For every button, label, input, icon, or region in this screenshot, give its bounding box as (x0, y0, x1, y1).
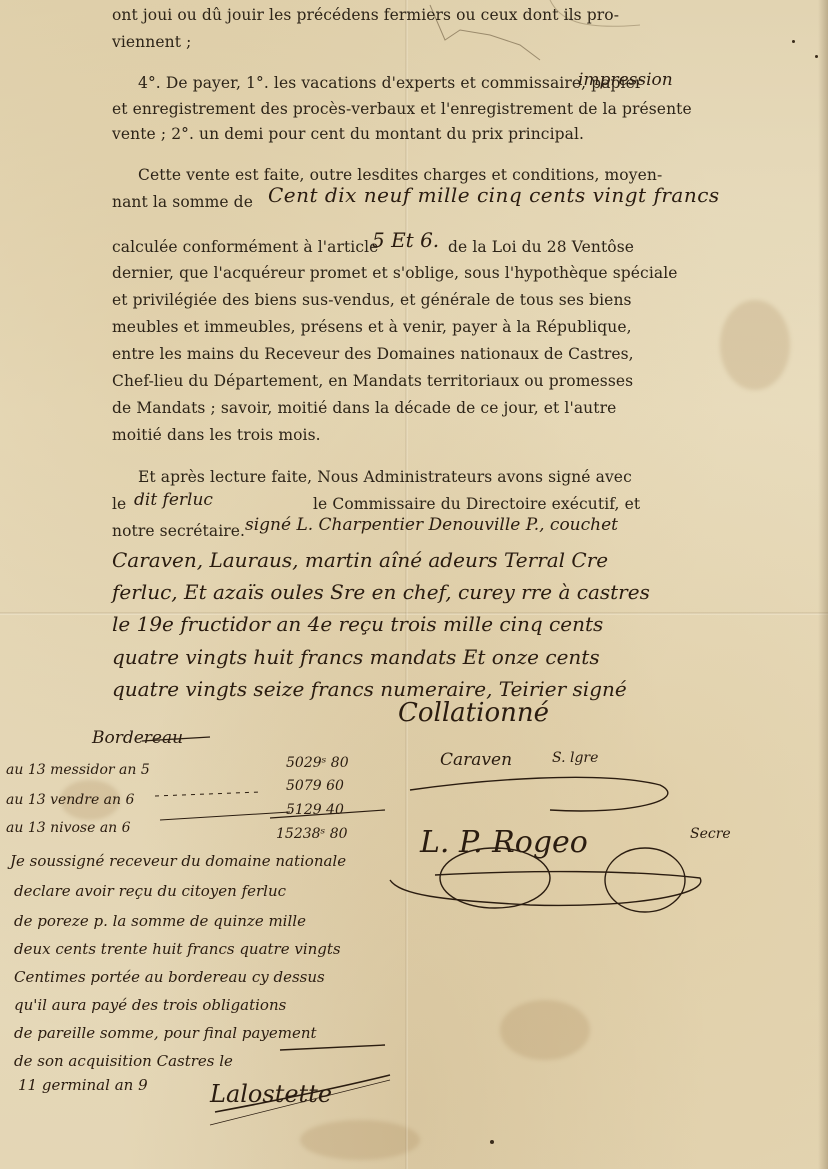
collation-signer-title: S. lgre (552, 750, 598, 766)
bordereau-row-label: au 13 vendre an 6 (6, 792, 134, 808)
document-page: ont joui ou dû jouir les précédens fermi… (0, 0, 828, 1169)
printed-line: vente ; 2°. un demi pour cent du montant… (112, 125, 584, 143)
printed-line: dernier, que l'acquéreur promet et s'obl… (112, 264, 678, 282)
printed-line: calculée conformément à l'article (112, 238, 378, 256)
printed-line: et enregistrement des procès-verbaux et … (112, 100, 692, 118)
receipt-line: deux cents trente huit francs quatre vin… (14, 940, 341, 958)
printed-line: notre secrétaire. (112, 522, 245, 540)
receipt-line: Je soussigné receveur du domaine nationa… (10, 852, 346, 870)
buyer-name: dit ferluc (134, 490, 213, 510)
printed-line: de la Loi du 28 Ventôse (448, 238, 634, 256)
main-signature: L. P. Rogeo (420, 825, 588, 860)
main-signature-title: Secre (690, 826, 731, 842)
bordereau-row-label: au 13 nivose an 6 (6, 820, 131, 836)
printed-line: le Commissaire du Directoire exécutif, e… (313, 495, 640, 513)
signature-line: Caraven, Lauraus, martin aîné adeurs Ter… (112, 548, 608, 572)
printed-line: Chef-lieu du Département, en Mandats ter… (112, 372, 633, 390)
bordereau-total: 15238ˢ 80 (276, 826, 348, 842)
paper-stain (720, 300, 790, 390)
printed-line: 4°. De payer, 1°. les vacations d'expert… (138, 74, 642, 92)
collation-label: Collationné (398, 698, 549, 728)
printed-line: le (112, 495, 126, 513)
receipt-line: declare avoir reçu du citoyen ferluc (14, 882, 286, 900)
printed-line: Et après lecture faite, Nous Administrat… (138, 468, 632, 486)
bordereau-leader-lines (150, 790, 390, 840)
ink-spot (815, 55, 818, 58)
printed-line: ont joui ou dû jouir les précédens fermi… (112, 6, 619, 24)
paper-edge (818, 0, 828, 1169)
receipt-line: de poreze p. la somme de quinze mille (14, 912, 306, 930)
sum-in-words: Cent dix neuf mille cinq cents vingt fra… (268, 183, 720, 207)
receipt-signature: Lalostette (210, 1080, 332, 1108)
bordereau-title: Bordereau (92, 728, 183, 748)
printed-line: de Mandats ; savoir, moitié dans la déca… (112, 399, 616, 417)
bordereau-row-amount: 5029ˢ 80 (286, 755, 349, 771)
bordereau-row-label: au 13 messidor an 5 (6, 762, 150, 778)
signature-line: le 19e fructidor an 4e reçu trois mille … (112, 612, 603, 636)
printed-line: nant la somme de (112, 193, 253, 211)
article-numbers: 5 Et 6. (372, 228, 439, 252)
printed-line: moitié dans les trois mois. (112, 426, 321, 444)
printed-line: et privilégiée des biens sus-vendus, et … (112, 291, 632, 309)
bordereau-row-amount: 5079 60 (286, 778, 344, 794)
receipt-line: qu'il aura payé des trois obligations (14, 996, 286, 1014)
receipt-line: de pareille somme, pour final payement (14, 1024, 317, 1042)
ink-spot (792, 40, 795, 43)
receipt-line: Centimes portée au bordereau cy dessus (14, 968, 325, 986)
paper-stain (300, 1120, 420, 1160)
signature-line: signé L. Charpentier Denouville P., couc… (245, 515, 618, 535)
collation-signer: Caraven (440, 750, 512, 770)
signature-line: quatre vingts seize francs numeraire, Te… (112, 677, 627, 701)
receipt-line: de son acquisition Castres le (14, 1052, 233, 1070)
signature-line: quatre vingts huit francs mandats Et onz… (112, 645, 600, 669)
printed-line: viennent ; (112, 33, 191, 51)
bordereau-row-amount: 5129 40 (286, 802, 344, 818)
receipt-date: 11 germinal an 9 (18, 1076, 148, 1094)
ink-spot (490, 1140, 494, 1144)
handwritten-insertion: impression (578, 70, 673, 90)
printed-line: meubles et immeubles, présens et à venir… (112, 318, 632, 336)
printed-line: Cette vente est faite, outre lesdites ch… (138, 166, 662, 184)
signature-line: ferluc, Et azaïs oules Sre en chef, cure… (112, 580, 650, 604)
paper-stain (500, 1000, 590, 1060)
printed-line: entre les mains du Receveur des Domaines… (112, 345, 634, 363)
